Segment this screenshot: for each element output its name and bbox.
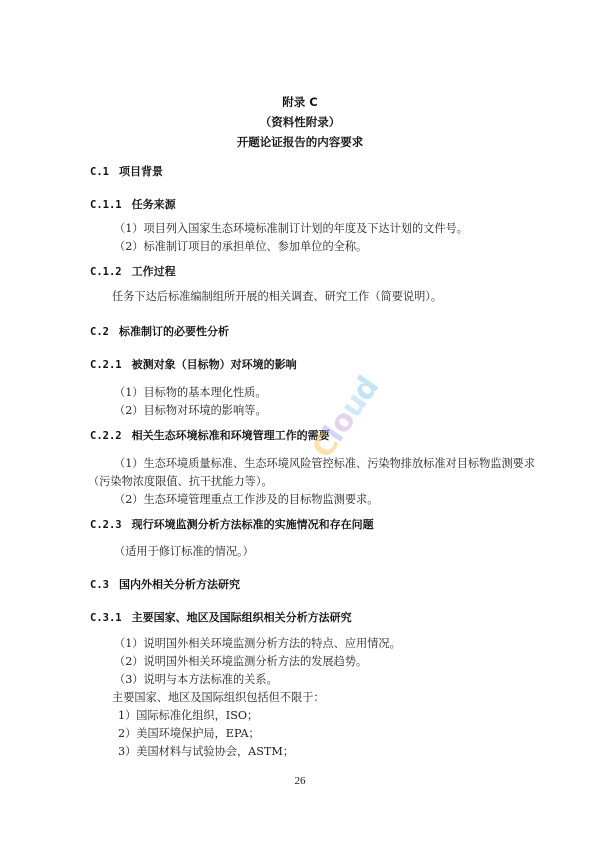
page-number: 26 [0,774,600,788]
section-heading-c1-1: C.1.1任务来源 [90,198,176,212]
paragraph: 主要国家、地区及国际组织包括但不限于： [112,691,325,705]
list-item: 2）美国环境保护局，EPA； [118,727,260,741]
section-heading-c3-1: C.3.1主要国家、地区及国际组织相关分析方法研究 [90,611,352,625]
list-item: （3）说明与本方法标准的关系。 [114,673,278,687]
list-item: （2）标准制订项目的承担单位、参加单位的全称。 [114,240,367,254]
section-heading-c2: C.2标准制订的必要性分析 [90,325,229,339]
list-item: （1）项目列入国家生态环境标准制订计划的年度及下达计划的文件号。 [114,222,468,236]
svg-text:d: d [345,375,380,407]
document-title: 开题论证报告的内容要求 [0,135,600,149]
list-item: （2）生态环境管理重点工作涉及的目标物监测要求。 [114,493,378,507]
paragraph: 任务下达后标准编制组所开展的相关调查、研究工作（简要说明）。 [112,290,442,304]
list-item: （1）生态环境质量标准、生态环境风险管控标准、污染物排放标准对目标物监测要求 [114,457,535,471]
list-item: （1）说明国外相关环境监测分析方法的特点、应用情况。 [114,637,401,651]
list-item: 1）国际标准化组织，ISO； [118,709,258,723]
section-heading-c2-3: C.2.3现行环境监测分析方法标准的实施情况和存在问题 [90,518,374,532]
paragraph: （适用于修订标准的情况。） [114,545,254,559]
section-heading-c1-2: C.1.2工作过程 [90,265,176,279]
list-item: （1）目标物的基本理化性质。 [114,386,267,400]
section-heading-c1: C.1项目背景 [90,165,163,179]
list-item-continuation: （污染物浓度限值、抗干扰能力等）。 [88,475,273,489]
appendix-type: （资料性附录） [0,115,600,129]
section-heading-c2-1: C.2.1被测对象（目标物）对环境的影响 [90,358,297,372]
document-page: 附录 C （资料性附录） 开题论证报告的内容要求 C.1项目背景 C.1.1任务… [0,0,600,848]
list-item: 3）美国材料与试验协会，ASTM； [118,745,294,759]
appendix-label: 附录 C [0,95,600,109]
list-item: （2）目标物对环境的影响等。 [114,404,267,418]
svg-text:u: u [334,386,375,424]
list-item: （2）说明国外相关环境监测分析方法的发展趋势。 [114,655,367,669]
section-heading-c3: C.3国内外相关分析方法研究 [90,578,240,592]
section-heading-c2-2: C.2.2相关生态环境标准和环境管理工作的需要 [90,429,330,443]
